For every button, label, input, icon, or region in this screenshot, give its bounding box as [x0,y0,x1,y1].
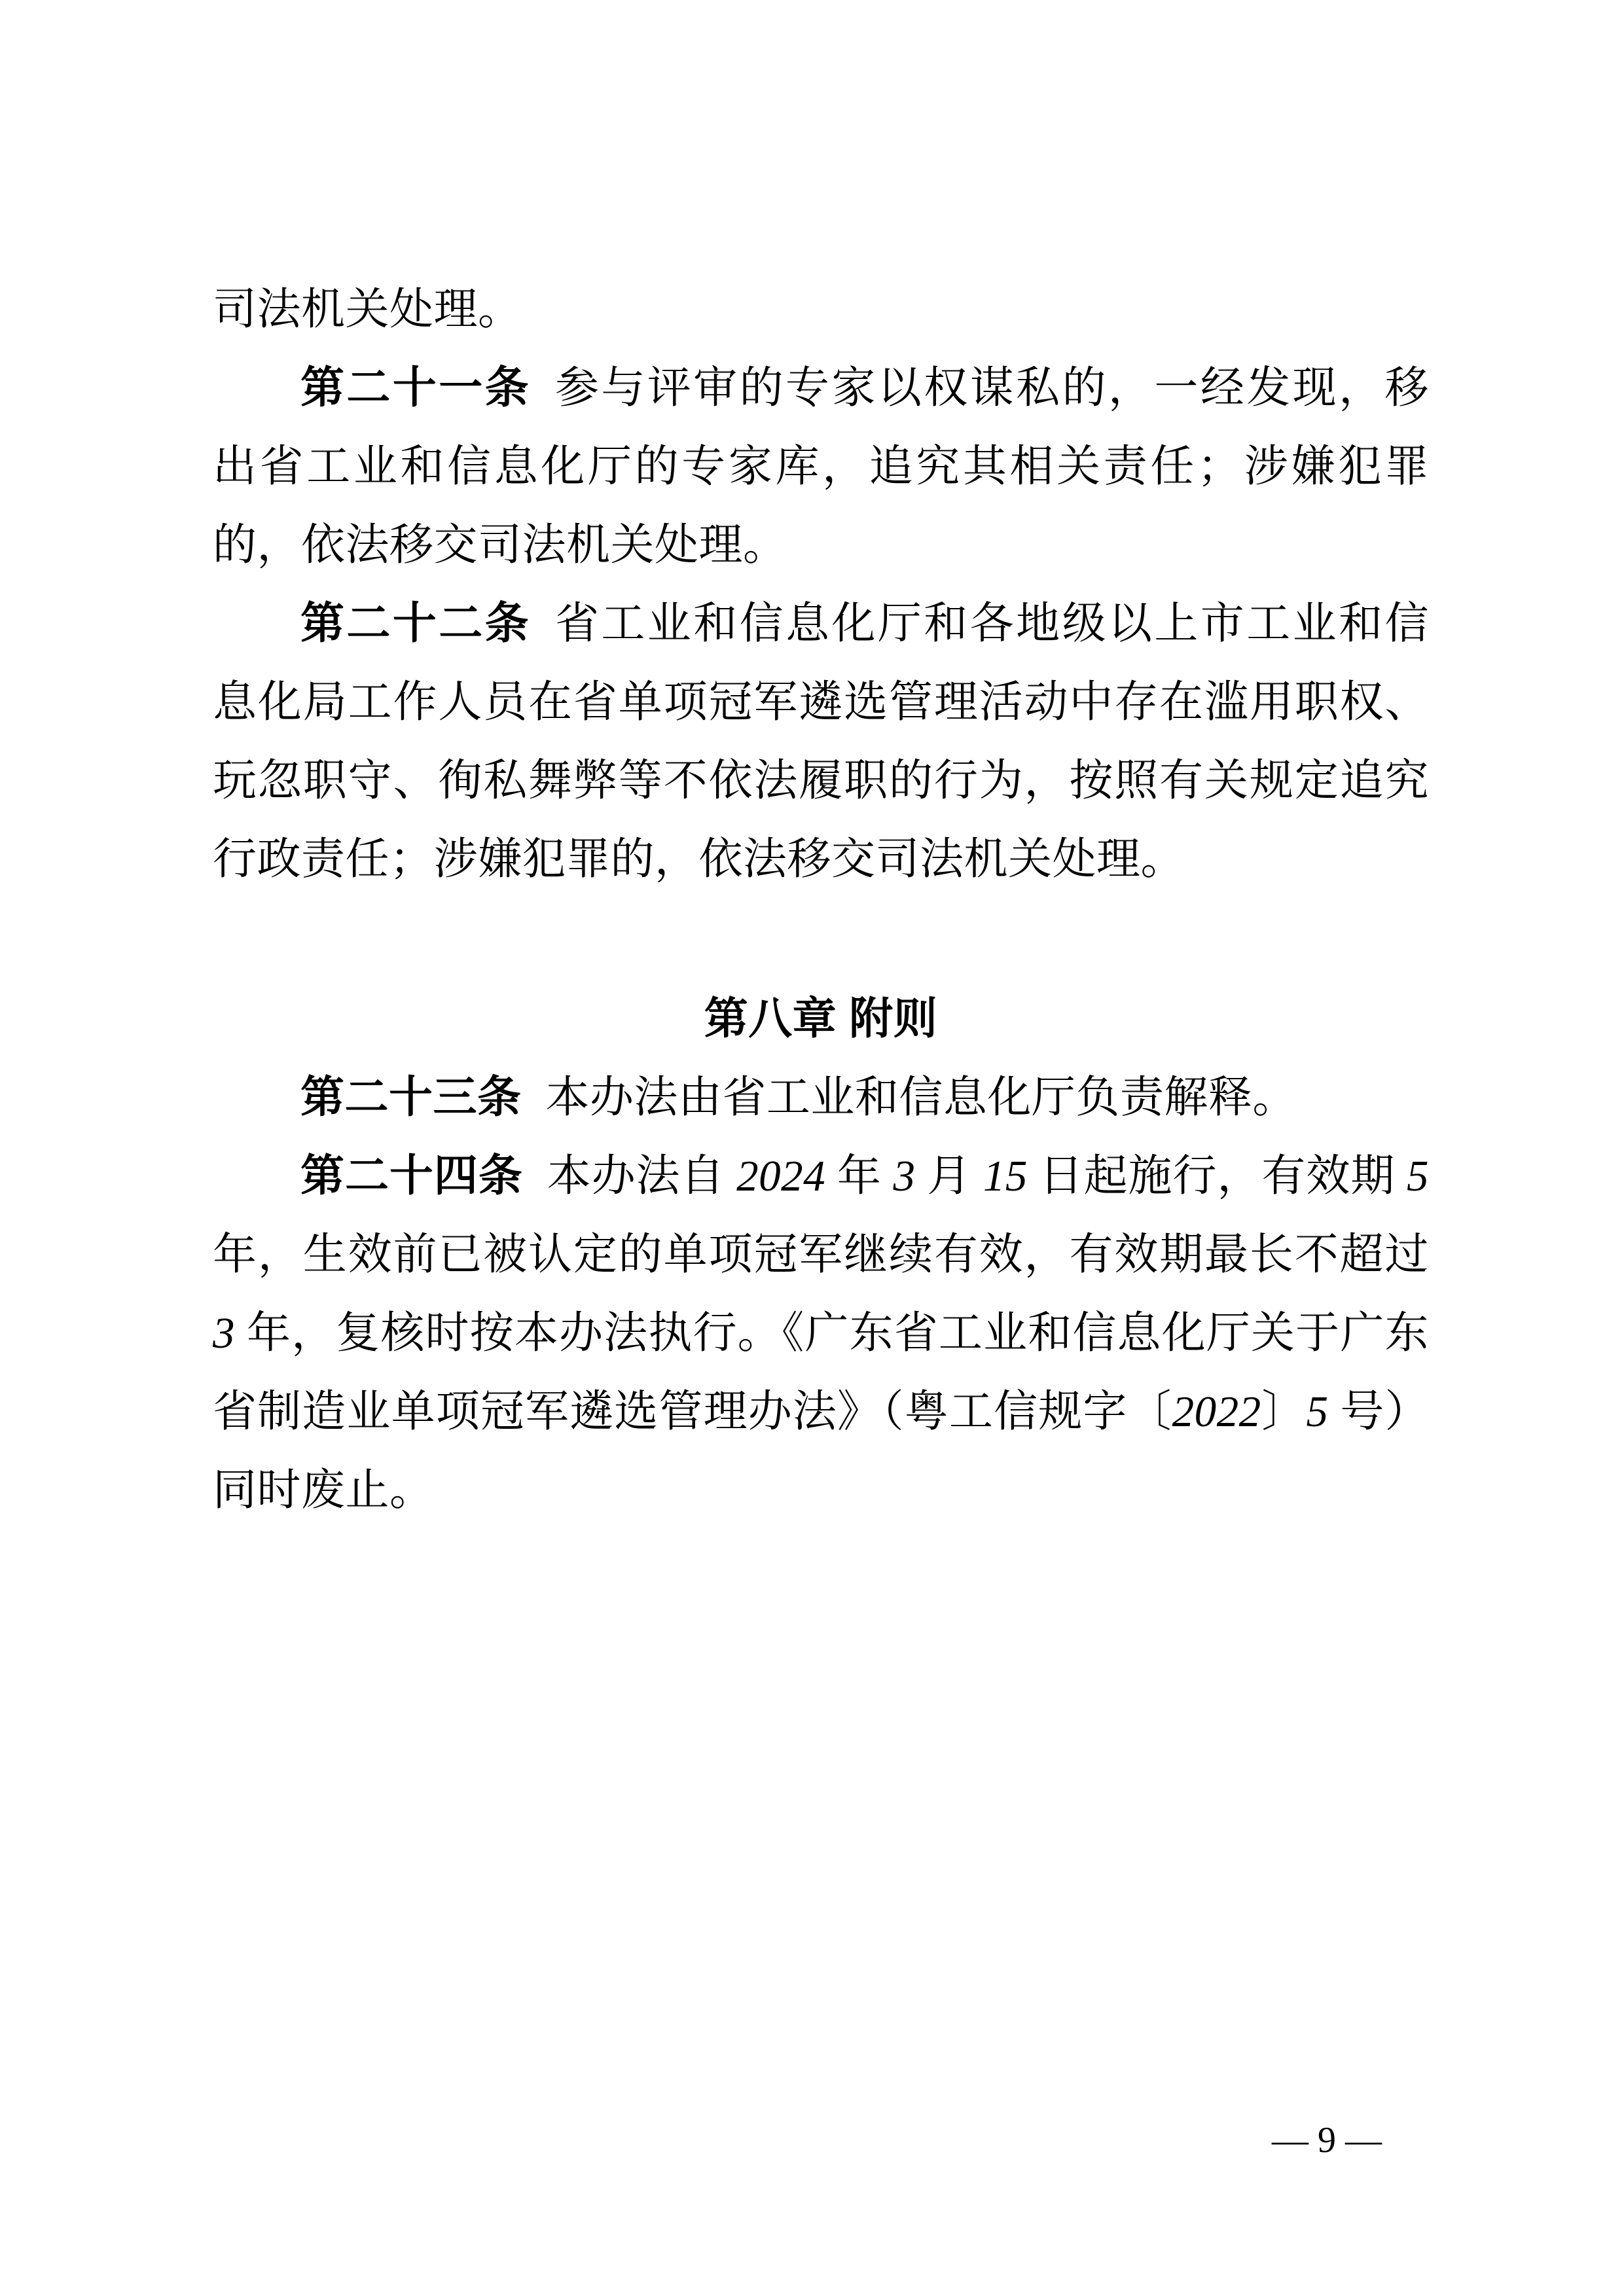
document-page: 司法机关处理。第二十一条参与评审的专家以权谋私的，一经发现，移出省工业和信息化厅… [0,0,1624,2296]
article-number: 第二十三条 [300,1073,522,1122]
chapter-heading-text: 第八章 附则 [704,994,938,1043]
paragraph: 第二十一条参与评审的专家以权谋私的，一经发现，移出省工业和信息化厅的专家库，追究… [213,349,1429,584]
article-number: 第二十二条 [300,600,531,648]
article-number: 第二十一条 [300,364,531,412]
paragraph-text: 本办法由省工业和信息化厅负责解释。 [545,1073,1297,1122]
article-number: 第二十四条 [300,1152,523,1200]
page-number: — 9 — [1229,2119,1425,2161]
paragraph: 司法机关处理。 [213,270,1429,349]
document-body: 司法机关处理。第二十一条参与评审的专家以权谋私的，一经发现，移出省工业和信息化厅… [213,270,1429,1530]
chapter-heading: 第八章 附则 [213,980,1429,1058]
paragraph: 第二十三条本办法由省工业和信息化厅负责解释。 [213,1058,1429,1137]
paragraph-text: 司法机关处理。 [213,285,522,334]
paragraph: 第二十二条省工业和信息化厅和各地级以上市工业和信息化局工作人员在省单项冠军遴选管… [213,584,1429,899]
paragraph: 第二十四条本办法自 2024 年 3 月 15 日起施行，有效期 5 年，生效前… [213,1137,1429,1530]
paragraph-text: 本办法自 2024 年 3 月 15 日起施行，有效期 5 年，生效前已被认定的… [213,1152,1429,1515]
